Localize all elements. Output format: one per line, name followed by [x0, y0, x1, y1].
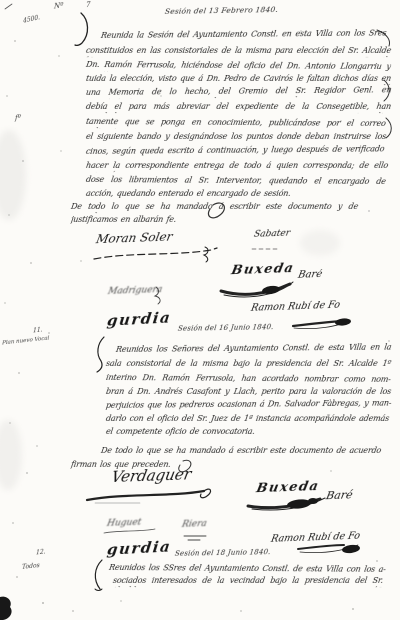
manuscript-line: tamente que se ponga en conocimiento, pu… [85, 117, 386, 130]
signature-flourish [248, 499, 320, 508]
signature: Baré [325, 488, 354, 502]
signature: Moran Soler [95, 229, 174, 246]
margin-note-label: Plan nuevo Vocal [2, 335, 49, 346]
manuscript-page: Nº 7 4500. fº 11. Plan nuevo Vocal 12. T… [0, 0, 400, 620]
signature-flourish [300, 545, 358, 553]
paragraph-brace [95, 560, 102, 589]
signature-tail [204, 247, 208, 262]
ink-blob [287, 498, 312, 509]
manuscript-line: tuida la elección, visto que á Dn. Pedro… [85, 74, 392, 85]
signature: Baré [297, 269, 323, 281]
session-heading: Sesión del 16 Junio 1840. [177, 323, 274, 333]
signature: Madriguera [107, 285, 163, 297]
signature-flourish [224, 282, 293, 297]
manuscript-line: cinos, según queda escrito á continuació… [85, 144, 385, 158]
manuscript-line: Reunidos los SSres del Ayuntamiento Cons… [108, 563, 387, 576]
signature: Verdaguer [110, 465, 193, 486]
signature-flourish [294, 320, 350, 329]
signature-flourish [252, 498, 325, 510]
ink-blob [342, 544, 361, 554]
scan-speckles [0, 0, 2, 2]
signature: Sabater [253, 229, 291, 240]
margin-note-label: Todos [22, 562, 40, 571]
signature-flourish [221, 284, 290, 294]
signature: Buxeda [230, 261, 296, 278]
manuscript-line: sociados interesados de la vecindad bajo… [112, 576, 384, 587]
manuscript-line: perjuicios que los pedreros ocasionan á … [105, 399, 392, 412]
signature-underline [184, 536, 206, 540]
margin-note-folio: fº [15, 114, 21, 123]
paragraph-brace [95, 589, 102, 591]
manuscript-line: el competente oficio de convocatoria. [105, 427, 255, 438]
signature-underline [104, 529, 155, 533]
manuscript-line: Dn. Ramón Ferrusola, hiciéndose del ofic… [85, 60, 391, 73]
manuscript-line: hacer la correspondiente entrega de todo… [85, 161, 389, 172]
manuscript-line: sala consistorial de la misma bajo la pr… [105, 359, 392, 370]
ink-blob [262, 285, 281, 295]
signature-tail [200, 489, 210, 498]
manuscript-line: Reunida la Sesión del Ayuntamiento Const… [100, 29, 387, 42]
line-end-curl [386, 118, 391, 138]
signature-witness: Riera [181, 519, 208, 530]
manuscript-line: acción, quedando enterado el encargado d… [85, 189, 291, 200]
ink-blob [335, 318, 352, 327]
manuscript-line: debía el para más abreviar del expedient… [85, 102, 392, 113]
margin-note-number: 7 [86, 1, 91, 10]
signature-secretary: Ramon Rubí de Fo [250, 300, 341, 314]
paper-smudge [0, 420, 22, 490]
manuscript-line: dose los libramientos al Sr. Interventor… [85, 175, 386, 188]
margin-note-number: Nº [54, 1, 64, 10]
signature-clerk: gurdia [106, 537, 172, 559]
manuscript-line: darlo con el oficio del Sr. Juez de 1ª i… [105, 414, 390, 425]
manuscript-line: bran á Dn. Andrés Casafont y Llach, peri… [105, 387, 392, 398]
signature-underline [87, 491, 204, 500]
manuscript-line: interino Dn. Ramón Ferrusola, han acorda… [105, 373, 391, 386]
margin-note-number: 11. [33, 326, 43, 334]
paragraph-brace [75, 13, 88, 45]
signature-underline [94, 248, 217, 259]
paper-smudge [0, 130, 26, 220]
signature: Buxeda [255, 479, 321, 496]
session-heading: Sesión del 18 Junio 1840. [174, 548, 271, 558]
signature-flourish [298, 545, 344, 549]
signature-secretary: Ramon Rubí de Fo [270, 531, 361, 545]
paper-smudge [300, 230, 340, 256]
paragraph-brace [97, 337, 104, 372]
margin-note-number: 4500. [23, 14, 40, 25]
margin-note-number: 12. [36, 548, 46, 556]
signature-witness: Huguet [106, 518, 142, 529]
manuscript-line: una Memoria de lo hecho, del Gremio del … [85, 85, 392, 99]
closing-line: justificamos en albarán fe. [70, 215, 177, 226]
manuscript-line: constituidos en las consistoriales de la… [85, 46, 392, 57]
session-heading: Sesión del 13 Febrero 1840. [164, 5, 278, 16]
signature-clerk: gurdia [106, 308, 172, 330]
manuscript-line: Reunidos los Señores del Ayuntamiento Co… [115, 343, 392, 356]
manuscript-line: el siguiente bando y designándose los pu… [85, 132, 387, 143]
signature-flourish [293, 321, 342, 326]
closing-line: De todo lo que se ha mandado á escribir … [100, 446, 382, 457]
closing-line: De todo lo que se ha mandado á escribir … [70, 202, 359, 213]
ink-blob [308, 498, 318, 504]
corner-ink-blot [0, 597, 12, 620]
margin-tick-mark [5, 4, 12, 9]
